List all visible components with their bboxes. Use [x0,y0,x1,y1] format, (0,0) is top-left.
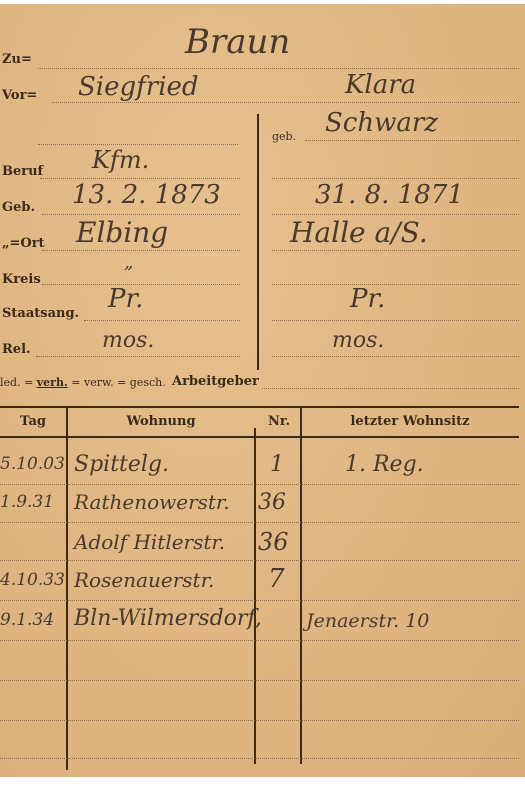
maiden-name-value: Schwarz [325,108,438,138]
table-header-rule [0,436,519,438]
wife-first-name: Klara [345,70,416,100]
wife-religion: mos. [332,328,384,353]
row-line [0,680,519,681]
table-top-rule [0,406,519,408]
rel-label: Rel. [2,342,31,357]
husband-birthdate: 13. 2. 1873 [72,180,221,210]
maiden-name-label: geb. [272,130,296,143]
kreis-label: Kreis [2,272,41,287]
beruf-value: Kfm. [92,146,149,174]
staatsang-label: Staatsang. [2,306,79,321]
beruf-line [40,178,240,179]
row2-nr: 36 [258,490,286,515]
row-line [0,720,519,721]
marital-status: led. = verh. = verw. = gesch. [0,376,166,389]
row1-letzter: 1. Reg. [345,452,424,477]
header-tag: Tag [0,414,66,429]
husband-birthplace: Elbing [76,216,168,249]
wife-birthplace: Halle a/S. [290,216,428,249]
geb-line [42,214,240,215]
row-line [0,484,519,485]
rel-line [36,356,240,357]
husband-citizenship: Pr. [108,284,143,314]
row1-wohnung: Spittelg. [74,452,169,477]
firstname-line [52,102,519,103]
arbeitgeber-line [262,388,519,389]
row5-wohnung: Bln-Wilmersdorf, [74,606,262,631]
arbeitgeber-label: Arbeitgeber [172,374,259,389]
header-letzter-wohnsitz: letzter Wohnsitz [302,414,518,429]
row4-nr: 7 [268,564,285,594]
col-divider-2 [254,428,256,764]
row3-nr: 36 [258,528,289,556]
wife-staatsang-line [272,320,519,321]
row4-wohnung: Rosenauerstr. [74,568,214,592]
row-line [0,600,519,601]
row-line [0,758,519,759]
husband-religion: mos. [102,328,154,353]
row-line [0,560,519,561]
row3-wohnung: Adolf Hitlerstr. [74,530,225,554]
wife-kreis-line [272,284,519,285]
header-wohnung: Wohnung [68,414,254,429]
maiden-name-line [305,140,519,141]
col-divider-3 [300,408,302,764]
row2-wohnung: Rathenowerstr. [74,490,230,514]
status-selected: verh. [37,376,68,389]
status-prefix: led. = [0,376,37,389]
staatsang-line [84,320,240,321]
row5-letzter: Jenaerstr. 10 [306,610,429,632]
wife-ort-line [272,250,519,251]
wife-rel-line [272,356,519,357]
row4-tag: 4.10.33 [0,570,65,590]
firstname-label: Vor= [2,88,37,103]
wife-beruf-line [272,178,519,179]
row5-tag: 9.1.34 [0,610,54,630]
status-suffix: = verw. = gesch. [68,376,166,389]
center-divider [257,114,259,370]
header-nr: Nr. [256,414,302,429]
wife-citizenship: Pr. [350,284,385,314]
surname-value: Braun [185,22,290,62]
row2-tag: 1.9.31 [0,492,54,512]
geb-label: Geb. [2,200,35,215]
surname-label: Zu= [2,52,32,67]
row1-nr: 1 [270,452,284,477]
wife-geb-line [272,214,519,215]
col-divider-1 [66,408,68,770]
row-line [0,522,519,523]
row-line [0,640,519,641]
ort-label: „=Ort [2,236,45,251]
wife-birthdate: 31. 8. 1871 [315,180,464,210]
kreis-value: „ [124,252,133,273]
registration-card: Zu= Braun Vor= Siegfried Klara geb. Schw… [0,4,525,777]
husband-first-name: Siegfried [78,72,199,102]
surname-line [38,68,519,69]
ort-line [42,250,240,251]
row1-tag: 5.10.03 [0,454,65,474]
blank-line-left [38,144,238,145]
beruf-label: Beruf [2,164,43,179]
